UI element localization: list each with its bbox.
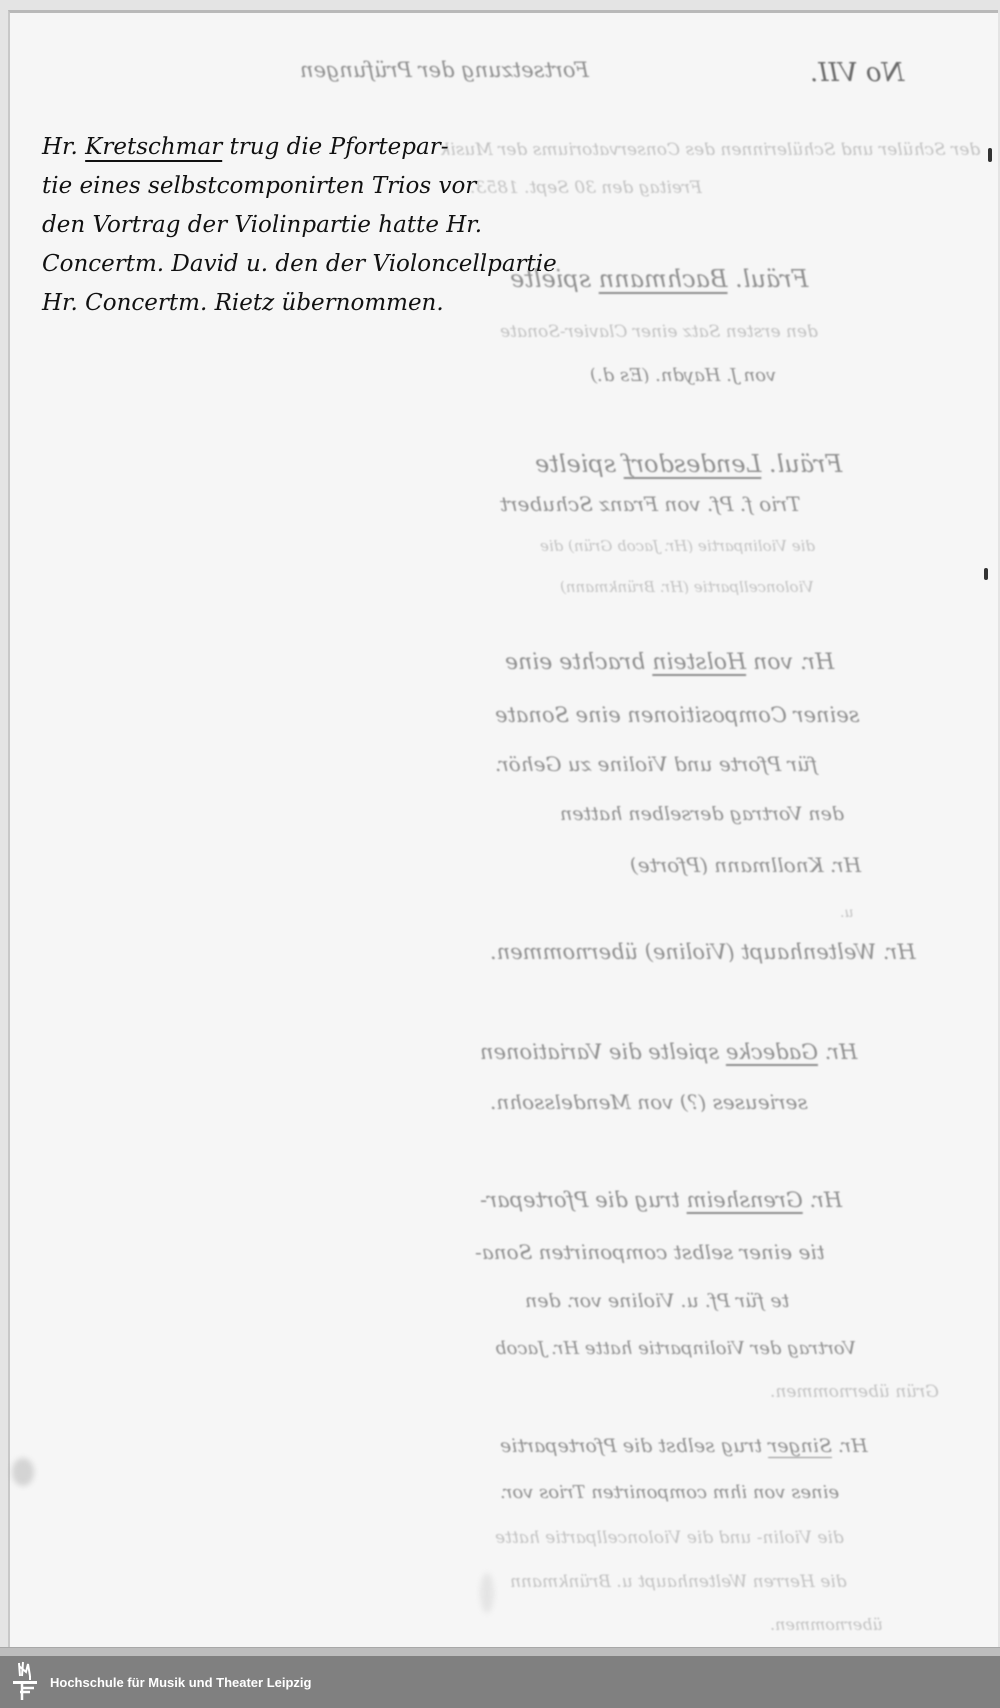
footer-bar: Hochschule für Musik und Theater Leipzig bbox=[0, 1656, 1000, 1708]
note-performer-name: Kretschmar bbox=[85, 134, 222, 160]
bleed-through-line: Hr. Weltenhaupt (Violine) übernommen. bbox=[490, 940, 916, 964]
bleed-through-line: eines von ihm componirten Trios vor. bbox=[500, 1482, 839, 1503]
bleed-through-line: seiner Compositionen eine Sonate bbox=[495, 703, 859, 727]
bleed-through-line: Hr. Grensheim trug die Pfortepar- bbox=[480, 1188, 842, 1212]
bleed-through-line: die Violin- und die Violoncellpartie hat… bbox=[495, 1528, 844, 1548]
bleed-through-line: der Schüler und Schülerinnen des Conserv… bbox=[440, 140, 980, 160]
bleed-through-line: Fräul. Lendesdorf spielte bbox=[535, 450, 842, 478]
ink-mark bbox=[984, 568, 988, 580]
bleed-through-page-number: No VII. bbox=[810, 58, 904, 88]
bleed-through-line: serieuses (?) von Mendelssohn. bbox=[490, 1090, 808, 1114]
paper-stain bbox=[480, 1573, 494, 1613]
bleed-through-line: Hr. von Holstein brachte eine bbox=[505, 650, 834, 675]
paper-stain bbox=[12, 1458, 34, 1486]
bleed-through-line: die Herren Weltenhaupt u. Brünkmann bbox=[510, 1572, 847, 1592]
hmt-leipzig-logo-icon bbox=[10, 1660, 40, 1704]
bleed-through-line: Trio f. Pf. von Franz Schubert bbox=[500, 492, 801, 516]
bleed-through-line: u. bbox=[840, 905, 853, 921]
ink-mark bbox=[988, 148, 992, 162]
bleed-through-line: te für Pf. u. Violine vor. den bbox=[525, 1290, 789, 1312]
bleed-through-line: von J. Haydn. (Es d.) bbox=[590, 365, 776, 386]
note-line: Hr. Concertm. Rietz übernommen. bbox=[42, 284, 512, 323]
scan-background: Fortsetzung der Prüfungen No VII. der Sc… bbox=[0, 0, 1000, 1655]
bleed-through-line: Grün übernommen. bbox=[770, 1382, 939, 1402]
note-line: Hr. Kretschmar trug die Pfortepar- bbox=[42, 128, 512, 167]
bleed-through-line: für Pforte und Violine zu Gehör. bbox=[495, 752, 817, 776]
bleed-through-line: Hr. Knollmann (Pforte) bbox=[630, 853, 861, 877]
bleed-through-line: den ersten Satz einer Clavier-Sonate bbox=[500, 322, 818, 342]
bleed-through-header-title: Fortsetzung der Prüfungen bbox=[300, 58, 589, 82]
note-line: Concertm. David u. den der Violoncellpar… bbox=[42, 245, 512, 284]
bleed-through-line: tie einer selbst componirten Sona- bbox=[475, 1240, 825, 1264]
bleed-through-line: Hr. Singer trug selbst die Pfortepartie bbox=[500, 1435, 868, 1457]
bleed-through-line: Vortrag der Violinpartie hatte Hr. Jacob bbox=[495, 1338, 856, 1359]
bleed-through-line: Hr. Gadecke spielte die Variationen bbox=[480, 1040, 857, 1064]
bleed-through-line: den Vortrag derselben hatten bbox=[560, 803, 844, 825]
bleed-through-line: die Violinpartie (Hr. Jacob Grün) die bbox=[540, 537, 815, 555]
institution-name: Hochschule für Musik und Theater Leipzig bbox=[50, 1675, 311, 1690]
note-line: den Vortrag der Violinpartie hatte Hr. bbox=[42, 206, 512, 245]
page-bottom-edge bbox=[0, 1647, 1000, 1656]
bleed-through-line: Violoncellpartie (Hr. Brünkmann) bbox=[560, 578, 814, 596]
bleed-through-line: übernommen. bbox=[770, 1615, 883, 1634]
note-line: tie eines selbstcomponirten Trios vor bbox=[42, 167, 512, 206]
handwritten-note: Hr. Kretschmar trug die Pfortepar- tie e… bbox=[42, 128, 512, 323]
